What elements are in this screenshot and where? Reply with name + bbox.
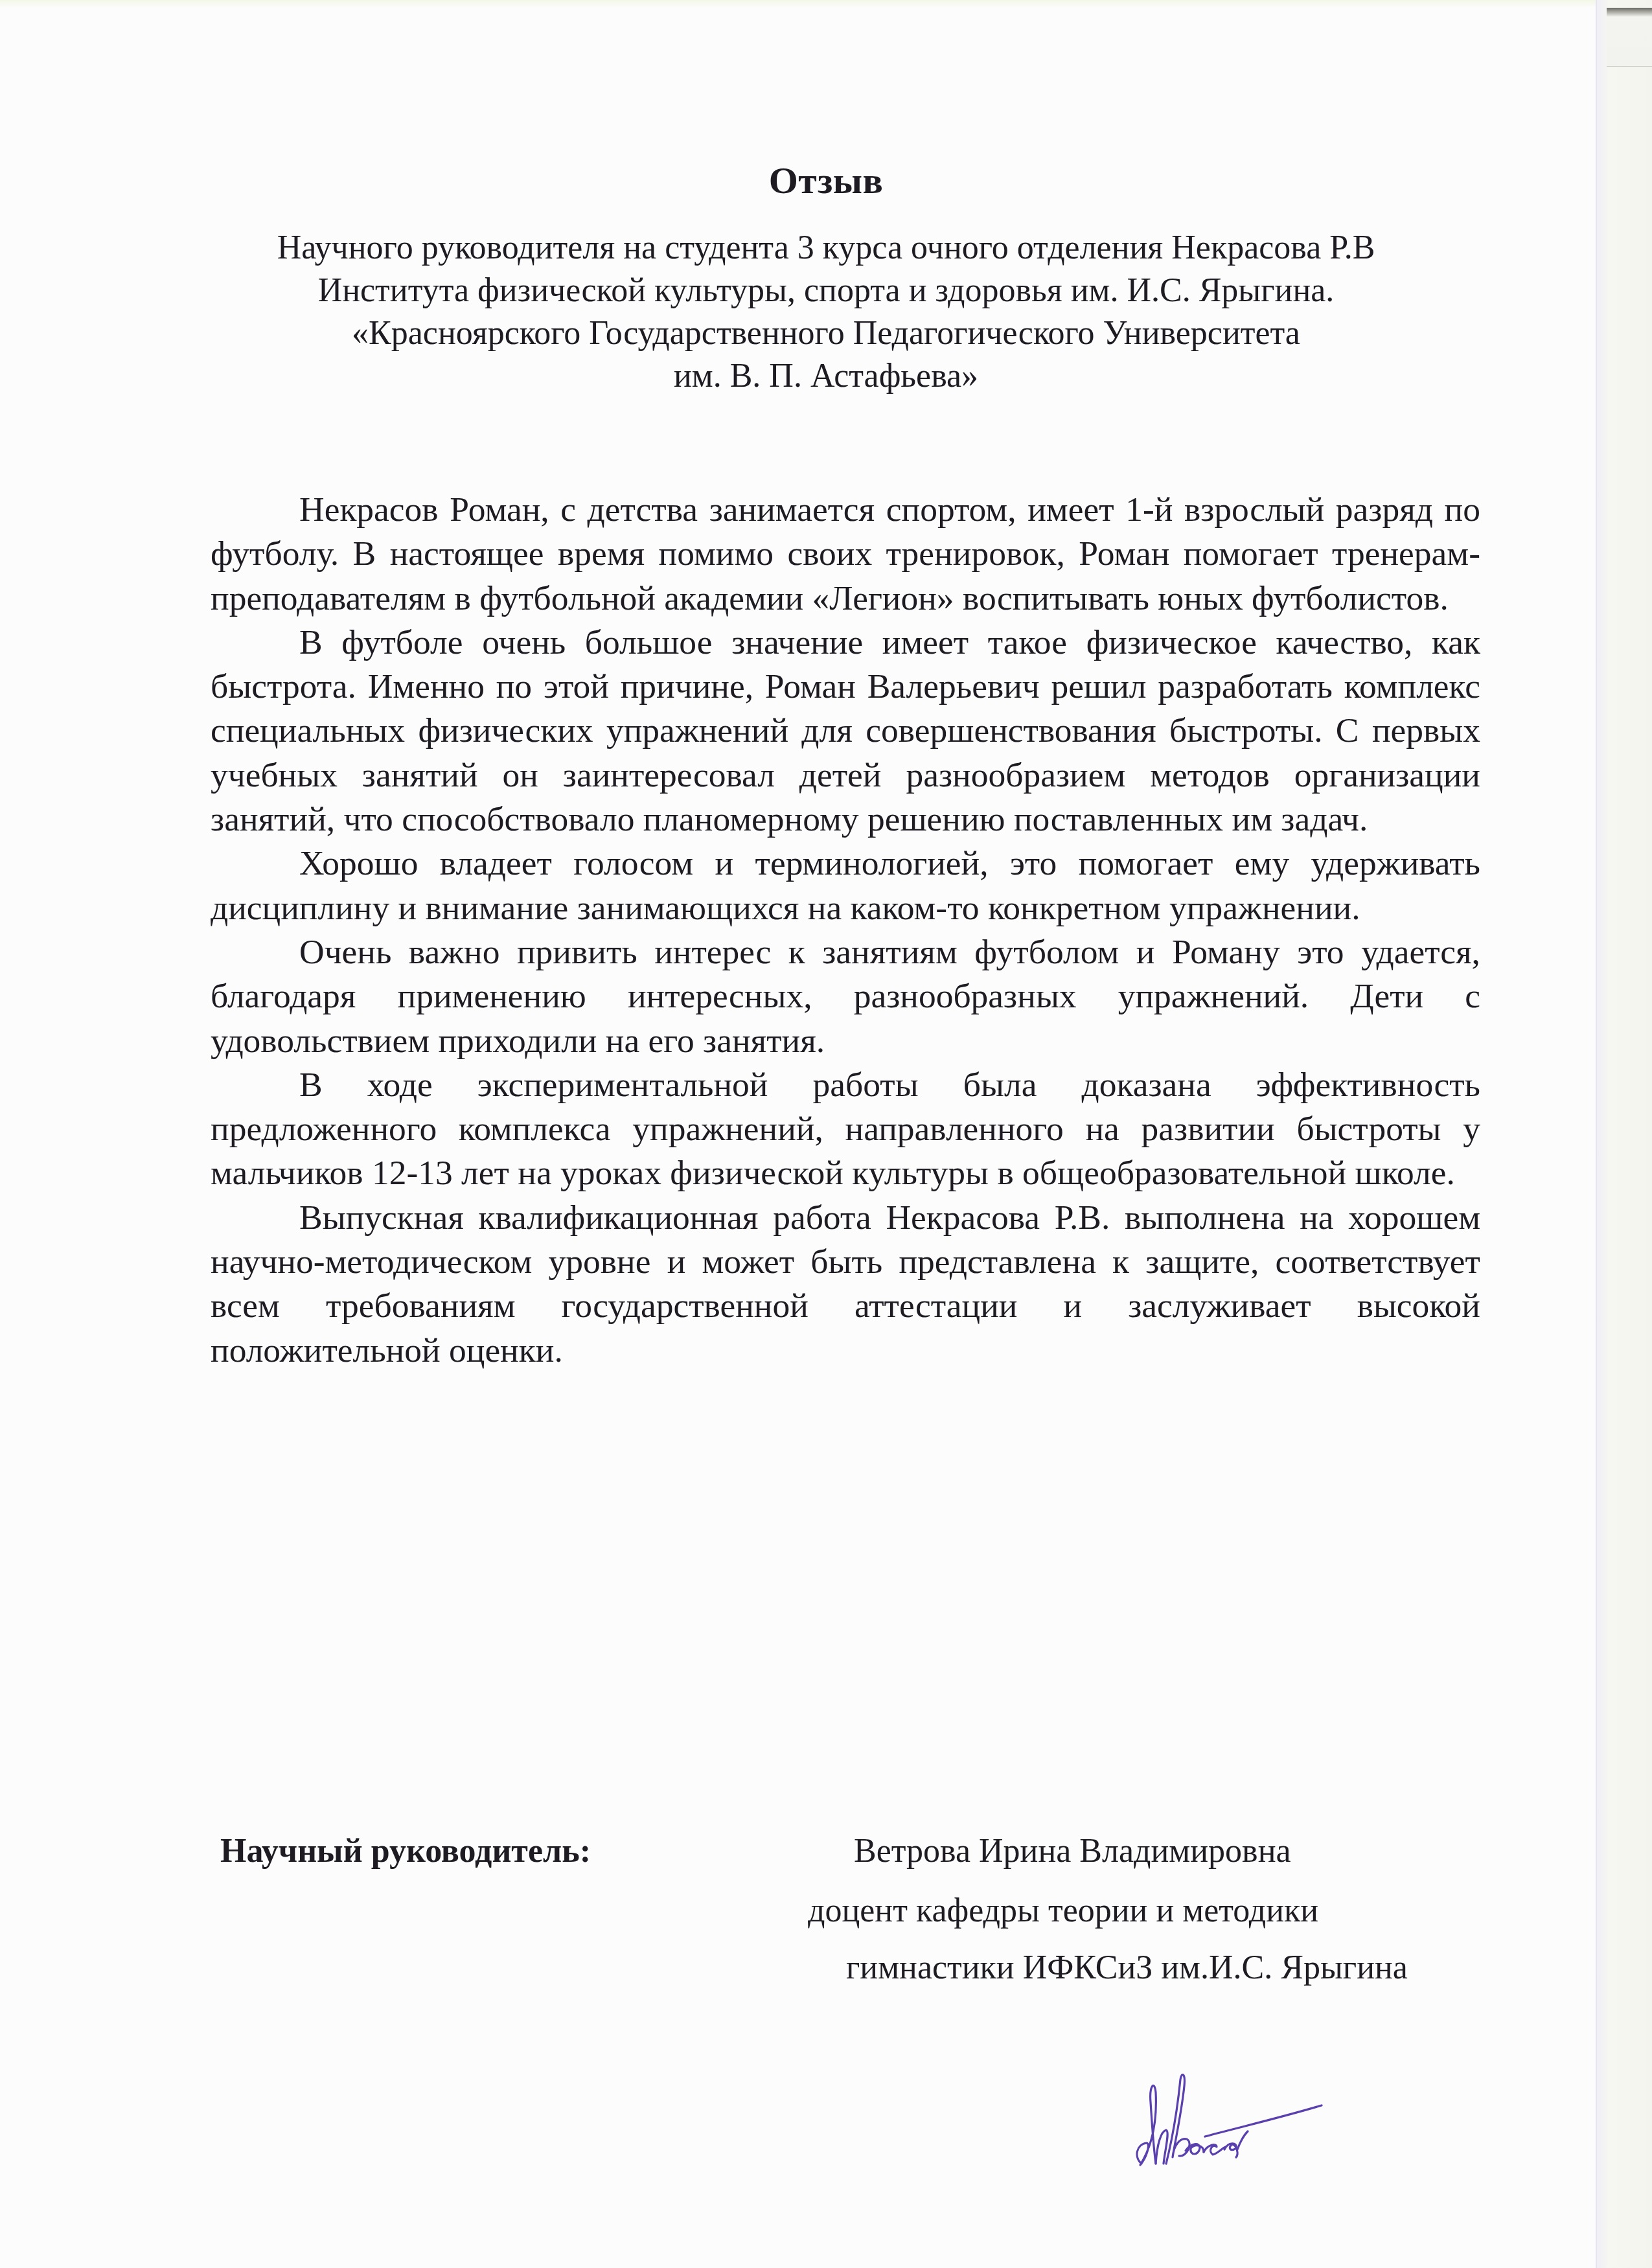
header-line-3: «Красноярского Государственного Педагоги… <box>194 312 1458 355</box>
paragraph-4: Очень важно привить интерес к занятиям ф… <box>211 930 1480 1062</box>
scan-edge-top <box>0 0 1652 8</box>
handwritten-signature-icon <box>1127 2067 1360 2177</box>
document-title: Отзыв <box>0 159 1652 202</box>
paragraph-5: В ходе экспериментальной работы была док… <box>211 1062 1480 1195</box>
header-line-2: Института физической культуры, спорта и … <box>194 269 1458 312</box>
header-block: Научного руководителя на студента 3 курс… <box>194 227 1458 398</box>
header-line-4: им. В. П. Астафьева» <box>194 355 1458 398</box>
paragraph-3: Хорошо владеет голосом и терминологией, … <box>211 841 1480 930</box>
supervisor-position-line-2: гимнастики ИФКСиЗ им.И.С. Ярыгина <box>846 1949 1408 1987</box>
scan-edge-right <box>1596 0 1652 2268</box>
paragraph-6: Выпускная квалификационная работа Некрас… <box>211 1195 1480 1372</box>
scan-corner-tab <box>1607 8 1652 67</box>
review-body: Некрасов Роман, с детства занимается спо… <box>211 487 1480 1372</box>
supervisor-position-line-1: доцент кафедры теории и методики <box>808 1892 1318 1930</box>
supervisor-label: Научный руководитель: <box>220 1832 591 1870</box>
header-line-1: Научного руководителя на студента 3 курс… <box>194 227 1458 269</box>
supervisor-name: Ветрова Ирина Владимировна <box>854 1832 1291 1870</box>
paragraph-2: В футболе очень большое значение имеет т… <box>211 620 1480 841</box>
paragraph-1: Некрасов Роман, с детства занимается спо… <box>211 487 1480 620</box>
